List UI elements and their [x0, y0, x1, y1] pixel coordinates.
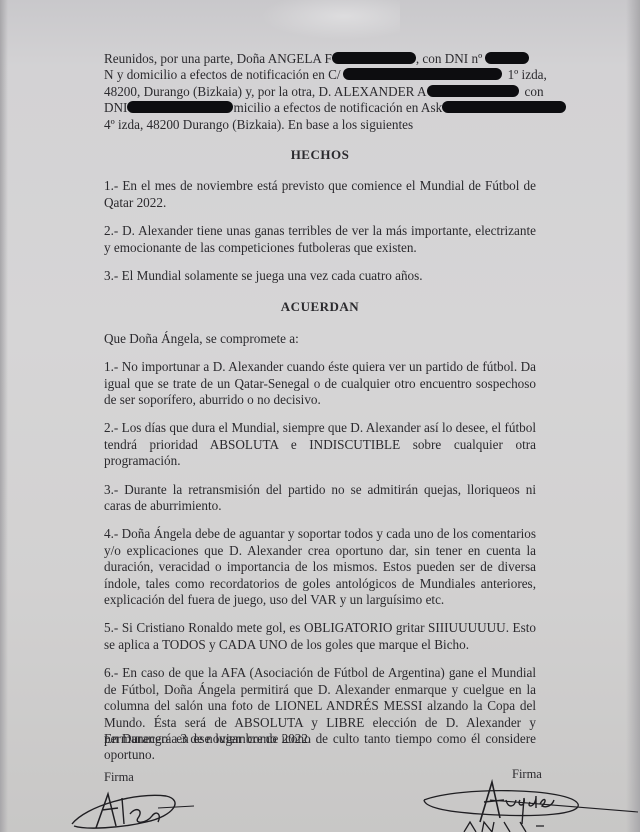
- intro-text: con: [525, 84, 544, 99]
- document-body: Reunidos, por una parte, Doña ANGELA F, …: [104, 51, 536, 764]
- intro-line-3: 48200, Durango (Bizkaia) y, por la otra,…: [104, 84, 536, 100]
- intro-line-2: N y domicilio a efectos de notificación …: [104, 67, 536, 83]
- intro-text: 4º izda, 48200 Durango (Bizkaia). En bas…: [104, 117, 413, 132]
- intro-text: Reunidos, por una parte, Doña ANGELA F: [104, 51, 332, 66]
- intro-paragraph: Reunidos, por una parte, Doña ANGELA F, …: [104, 51, 536, 133]
- intro-text: , con DNI nº: [416, 51, 486, 66]
- intro-text: 1º izda,: [508, 67, 547, 82]
- document-photo: Reunidos, por una parte, Doña ANGELA F, …: [0, 0, 640, 832]
- signature-right-icon: [420, 778, 640, 832]
- hechos-item: 3.- El Mundial solamente se juega una ve…: [104, 268, 536, 284]
- acuerdan-item: 4.- Doña Ángela debe de aguantar y sopor…: [104, 526, 536, 608]
- intro-line-5: 4º izda, 48200 Durango (Bizkaia). En bas…: [104, 117, 536, 133]
- redaction-bar: [485, 52, 529, 64]
- page-edge-shadow-right: [626, 0, 640, 832]
- acuerdan-item: 3.- Durante la retransmisión del partido…: [104, 482, 536, 515]
- date-line: En Durango a 3 de noviembre de 2022.: [104, 731, 311, 747]
- intro-text: DNI: [104, 100, 127, 115]
- signature-label-left: Firma: [104, 770, 134, 785]
- acuerdan-lead: Que Doña Ángela, se compromete a:: [104, 331, 536, 347]
- redaction-bar: [127, 101, 233, 113]
- redaction-bar: [332, 52, 416, 64]
- signature-left-icon: [66, 784, 196, 832]
- redaction-bar: [343, 68, 502, 80]
- heading-acuerdan: ACUERDAN: [104, 299, 536, 315]
- intro-text: N y domicilio a efectos de notificación …: [104, 67, 341, 82]
- paper-crease: [260, 0, 400, 40]
- intro-line-4: DNImicilio a efectos de notificación en …: [104, 100, 536, 116]
- intro-line-1: Reunidos, por una parte, Doña ANGELA F, …: [104, 51, 536, 67]
- hechos-item: 2.- D. Alexander tiene unas ganas terrib…: [104, 223, 536, 256]
- acuerdan-item: 5.- Si Cristiano Ronaldo mete gol, es OB…: [104, 620, 536, 653]
- heading-hechos: HECHOS: [104, 147, 536, 163]
- hechos-item: 1.- En el mes de noviembre está previsto…: [104, 178, 536, 211]
- page-edge-shadow-left: [0, 0, 8, 832]
- acuerdan-item: 1.- No importunar a D. Alexander cuando …: [104, 359, 536, 408]
- acuerdan-item: 6.- En caso de que la AFA (Asociación de…: [104, 665, 536, 763]
- redaction-bar: [442, 101, 566, 113]
- redaction-bar: [427, 85, 519, 97]
- acuerdan-item: 2.- Los días que dura el Mundial, siempr…: [104, 420, 536, 469]
- intro-text: 48200, Durango (Bizkaia) y, por la otra,…: [104, 84, 427, 99]
- intro-text: micilio a efectos de notificación en Ask: [233, 100, 442, 115]
